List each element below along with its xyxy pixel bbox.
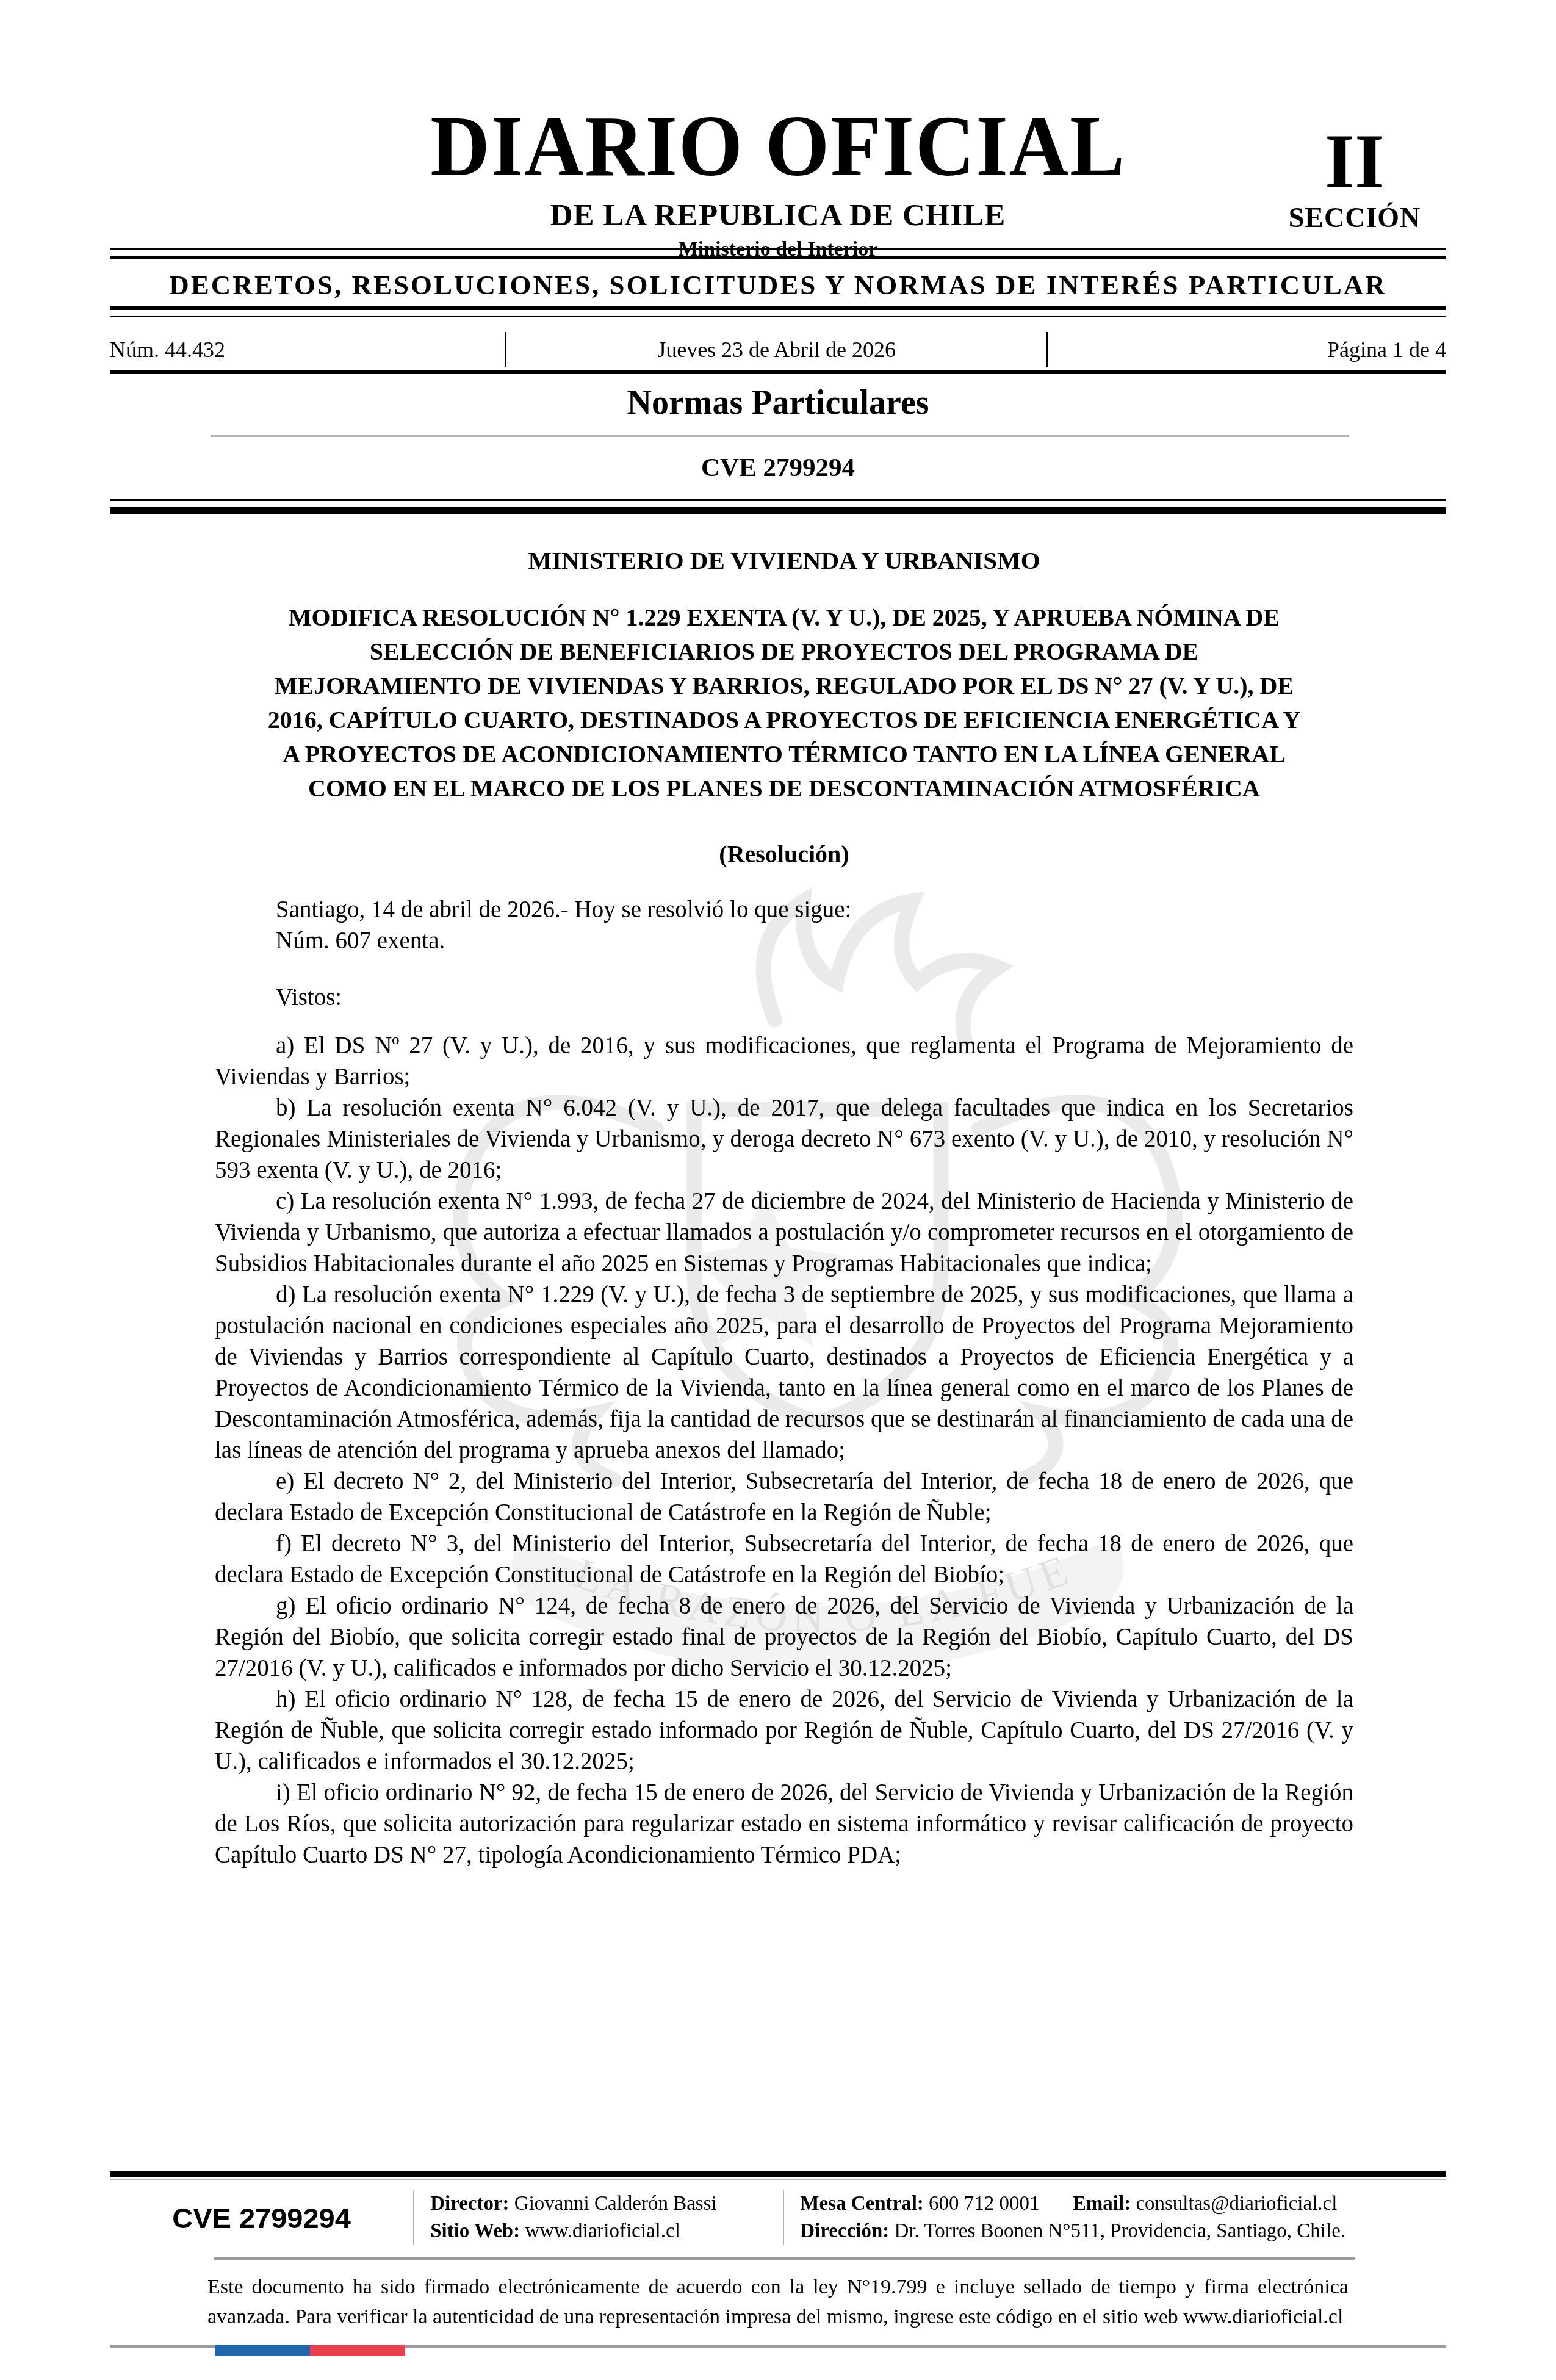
vistos-item-a: a) El DS Nº 27 (V. y U.), de 2016, y sus… xyxy=(215,1030,1353,1092)
website-label: Sitio Web: xyxy=(430,2220,520,2242)
email-pair: Email: consultas@diarioficial.cl xyxy=(1073,2193,1338,2215)
ministry-heading: MINISTERIO DE VIVIENDA Y URBANISMO xyxy=(215,545,1353,576)
vistos-item-c: c) La resolución exenta N° 1.993, de fec… xyxy=(215,1186,1353,1279)
rule-below-issue-bar xyxy=(110,370,1446,374)
footer-divider-rule xyxy=(214,2257,1355,2260)
website-value: www.diarioficial.cl xyxy=(525,2220,680,2242)
page-indicator: Página 1 de 4 xyxy=(1048,337,1446,362)
vistos-label: Vistos: xyxy=(215,982,1353,1013)
footer-cve-code: CVE 2799294 xyxy=(110,2190,413,2245)
rule-above-band xyxy=(110,248,1446,259)
footer-website-line: Sitio Web: www.diarioficial.cl xyxy=(430,2218,783,2245)
issue-date: Jueves 23 de Abril de 2026 xyxy=(505,332,1048,367)
document-body: MINISTERIO DE VIVIENDA Y URBANISMO MODIF… xyxy=(215,545,1353,1870)
footer-director-line: Director: Giovanni Calderón Bassi xyxy=(430,2190,783,2218)
page-footer: CVE 2799294 Director: Giovanni Calderón … xyxy=(110,2171,1446,2348)
normas-particulares-title: Normas Particulares xyxy=(110,383,1446,422)
footer-top-rule-thin xyxy=(110,2179,1446,2180)
section-word: SECCIÓN xyxy=(1275,201,1434,234)
vistos-item-i: i) El oficio ordinario N° 92, de fecha 1… xyxy=(215,1777,1353,1870)
issue-info-bar: Núm. 44.432 Jueves 23 de Abril de 2026 P… xyxy=(110,332,1446,367)
gazette-page: POR LA RAZÓN O LA FUERZA DIARIO OFICIAL … xyxy=(0,0,1556,2380)
vistos-item-g: g) El oficio ordinario N° 124, de fecha … xyxy=(215,1590,1353,1684)
vistos-item-f: f) El decreto N° 3, del Ministerio del I… xyxy=(215,1528,1353,1590)
flag-blue-segment xyxy=(215,2345,310,2356)
flag-red-segment xyxy=(310,2345,405,2356)
vistos-item-b: b) La resolución exenta N° 6.042 (V. y U… xyxy=(215,1092,1353,1186)
footer-director-block: Director: Giovanni Calderón Bassi Sitio … xyxy=(413,2190,783,2245)
director-label: Director: xyxy=(430,2193,509,2215)
issue-number: Núm. 44.432 xyxy=(110,337,505,362)
director-value: Giovanni Calderón Bassi xyxy=(514,2193,717,2215)
vistos-item-e: e) El decreto N° 2, del Ministerio del I… xyxy=(215,1466,1353,1528)
masthead-subtitle: DE LA REPUBLICA DE CHILE xyxy=(110,198,1446,233)
section-roman-numeral: II xyxy=(1275,126,1434,199)
email-label: Email: xyxy=(1073,2193,1131,2215)
band-title: DECRETOS, RESOLUCIONES, SOLICITUDES Y NO… xyxy=(110,269,1446,301)
footer-contact-block: Mesa Central: 600 712 0001 Email: consul… xyxy=(783,2190,1446,2245)
masthead-title: DIARIO OFICIAL xyxy=(143,103,1413,189)
place-date-line: Santiago, 14 de abril de 2026.- Hoy se r… xyxy=(215,894,1353,925)
cve-code-heading: CVE 2799294 xyxy=(110,453,1446,483)
phone-label: Mesa Central: xyxy=(800,2193,924,2215)
footer-bottom-rule xyxy=(110,2345,1446,2348)
rule-under-normas xyxy=(211,435,1349,437)
address-label: Dirección: xyxy=(800,2220,889,2242)
vistos-item-d: d) La resolución exenta N° 1.229 (V. y U… xyxy=(215,1279,1353,1466)
resolution-number-line: Núm. 607 exenta. xyxy=(215,925,1353,956)
rule-below-cve xyxy=(110,499,1446,514)
footer-address-line: Dirección: Dr. Torres Boonen N°511, Prov… xyxy=(800,2218,1446,2245)
email-value: consultas@diarioficial.cl xyxy=(1136,2193,1337,2215)
rule-below-band xyxy=(110,306,1446,317)
resolution-title: MODIFICA RESOLUCIÓN N° 1.229 EXENTA (V. … xyxy=(265,600,1303,806)
masthead: DIARIO OFICIAL DE LA REPUBLICA DE CHILE … xyxy=(110,103,1446,261)
document-type-label: (Resolución) xyxy=(215,838,1353,870)
footer-info-row: CVE 2799294 Director: Giovanni Calderón … xyxy=(110,2190,1446,2245)
footer-top-rule xyxy=(110,2171,1446,2177)
footer-legal-text: Este documento ha sido firmado electróni… xyxy=(207,2272,1349,2332)
footer-phone-email-line: Mesa Central: 600 712 0001 Email: consul… xyxy=(800,2190,1446,2218)
chile-flag-mark xyxy=(215,2345,405,2356)
phone-value: 600 712 0001 xyxy=(929,2193,1040,2215)
section-badge: II SECCIÓN xyxy=(1275,126,1434,234)
phone-pair: Mesa Central: 600 712 0001 xyxy=(800,2193,1039,2215)
vistos-item-h: h) El oficio ordinario N° 128, de fecha … xyxy=(215,1684,1353,1777)
address-value: Dr. Torres Boonen N°511, Providencia, Sa… xyxy=(895,2220,1346,2242)
